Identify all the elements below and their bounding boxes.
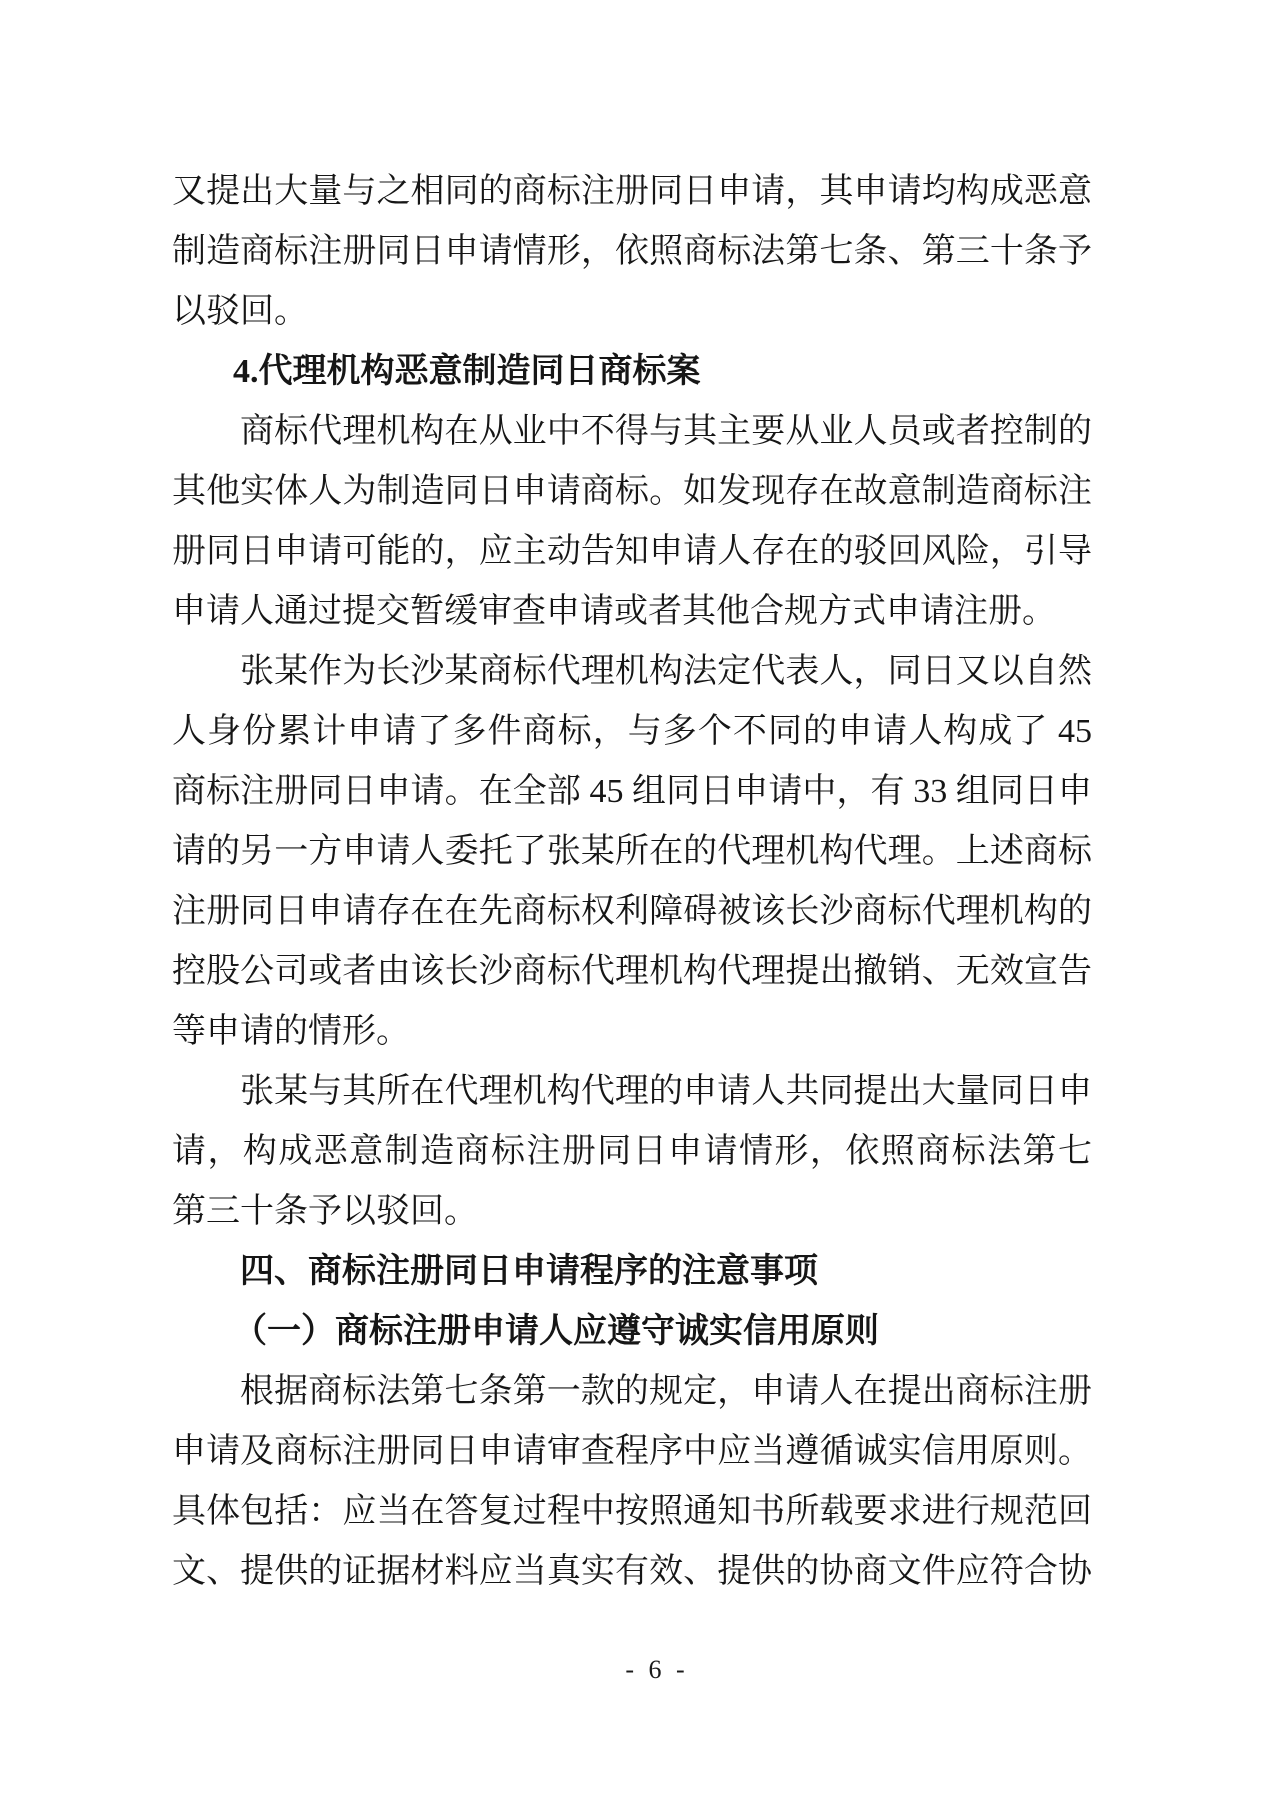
body-line: 制造商标注册同日申请情形，依照商标法第七条、第三十条予: [172, 222, 1092, 282]
body-line: 具体包括：应当在答复过程中按照通知书所载要求进行规范回: [172, 1482, 1092, 1542]
body-line: 其他实体人为制造同日申请商标。如发现存在故意制造商标注: [172, 462, 1092, 522]
body-line: 根据商标法第七条第一款的规定，申请人在提出商标注册: [172, 1362, 1092, 1422]
heading-case-4: 4.代理机构恶意制造同日商标案: [172, 342, 1092, 402]
body-line: 册同日申请可能的，应主动告知申请人存在的驳回风险，引导: [172, 522, 1092, 582]
body-line: 请的另一方申请人委托了张某所在的代理机构代理。上述商标: [172, 822, 1092, 882]
heading-subsection-1: （一）商标注册申请人应遵守诚实信用原则: [172, 1302, 1092, 1362]
body-line: 商标代理机构在从业中不得与其主要从业人员或者控制的: [172, 402, 1092, 462]
body-line: 张某作为长沙某商标代理机构法定代表人，同日又以自然: [172, 642, 1092, 702]
body-line: 又提出大量与之相同的商标注册同日申请，其申请均构成恶意: [172, 162, 1092, 222]
body-line: 注册同日申请存在在先商标权利障碍被该长沙商标代理机构的: [172, 882, 1092, 942]
body-line: 请，构成恶意制造商标注册同日申请情形，依照商标法第七条、: [172, 1122, 1092, 1182]
body-line: 申请人通过提交暂缓审查申请或者其他合规方式申请注册。: [172, 582, 1092, 642]
body-line: 张某与其所在代理机构代理的申请人共同提出大量同日申: [172, 1062, 1092, 1122]
document-page: 又提出大量与之相同的商标注册同日申请，其申请均构成恶意 制造商标注册同日申请情形…: [0, 0, 1280, 1810]
body-line: 等申请的情形。: [172, 1002, 1092, 1062]
body-line: 第三十条予以驳回。: [172, 1182, 1092, 1242]
body-line: 文、提供的证据材料应当真实有效、提供的协商文件应符合协: [172, 1542, 1092, 1602]
body-line: 人身份累计申请了多件商标，与多个不同的申请人构成了 45 组: [172, 702, 1092, 762]
body-line: 申请及商标注册同日申请审查程序中应当遵循诚实信用原则。: [172, 1422, 1092, 1482]
document-text-block: 又提出大量与之相同的商标注册同日申请，其申请均构成恶意 制造商标注册同日申请情形…: [172, 162, 1092, 1602]
page-number: - 6 -: [625, 1650, 688, 1690]
body-line: 以驳回。: [172, 282, 1092, 342]
body-line: 商标注册同日申请。在全部 45 组同日申请中，有 33 组同日申: [172, 762, 1092, 822]
body-line: 控股公司或者由该长沙商标代理机构代理提出撤销、无效宣告: [172, 942, 1092, 1002]
heading-section-4: 四、商标注册同日申请程序的注意事项: [172, 1242, 1092, 1302]
